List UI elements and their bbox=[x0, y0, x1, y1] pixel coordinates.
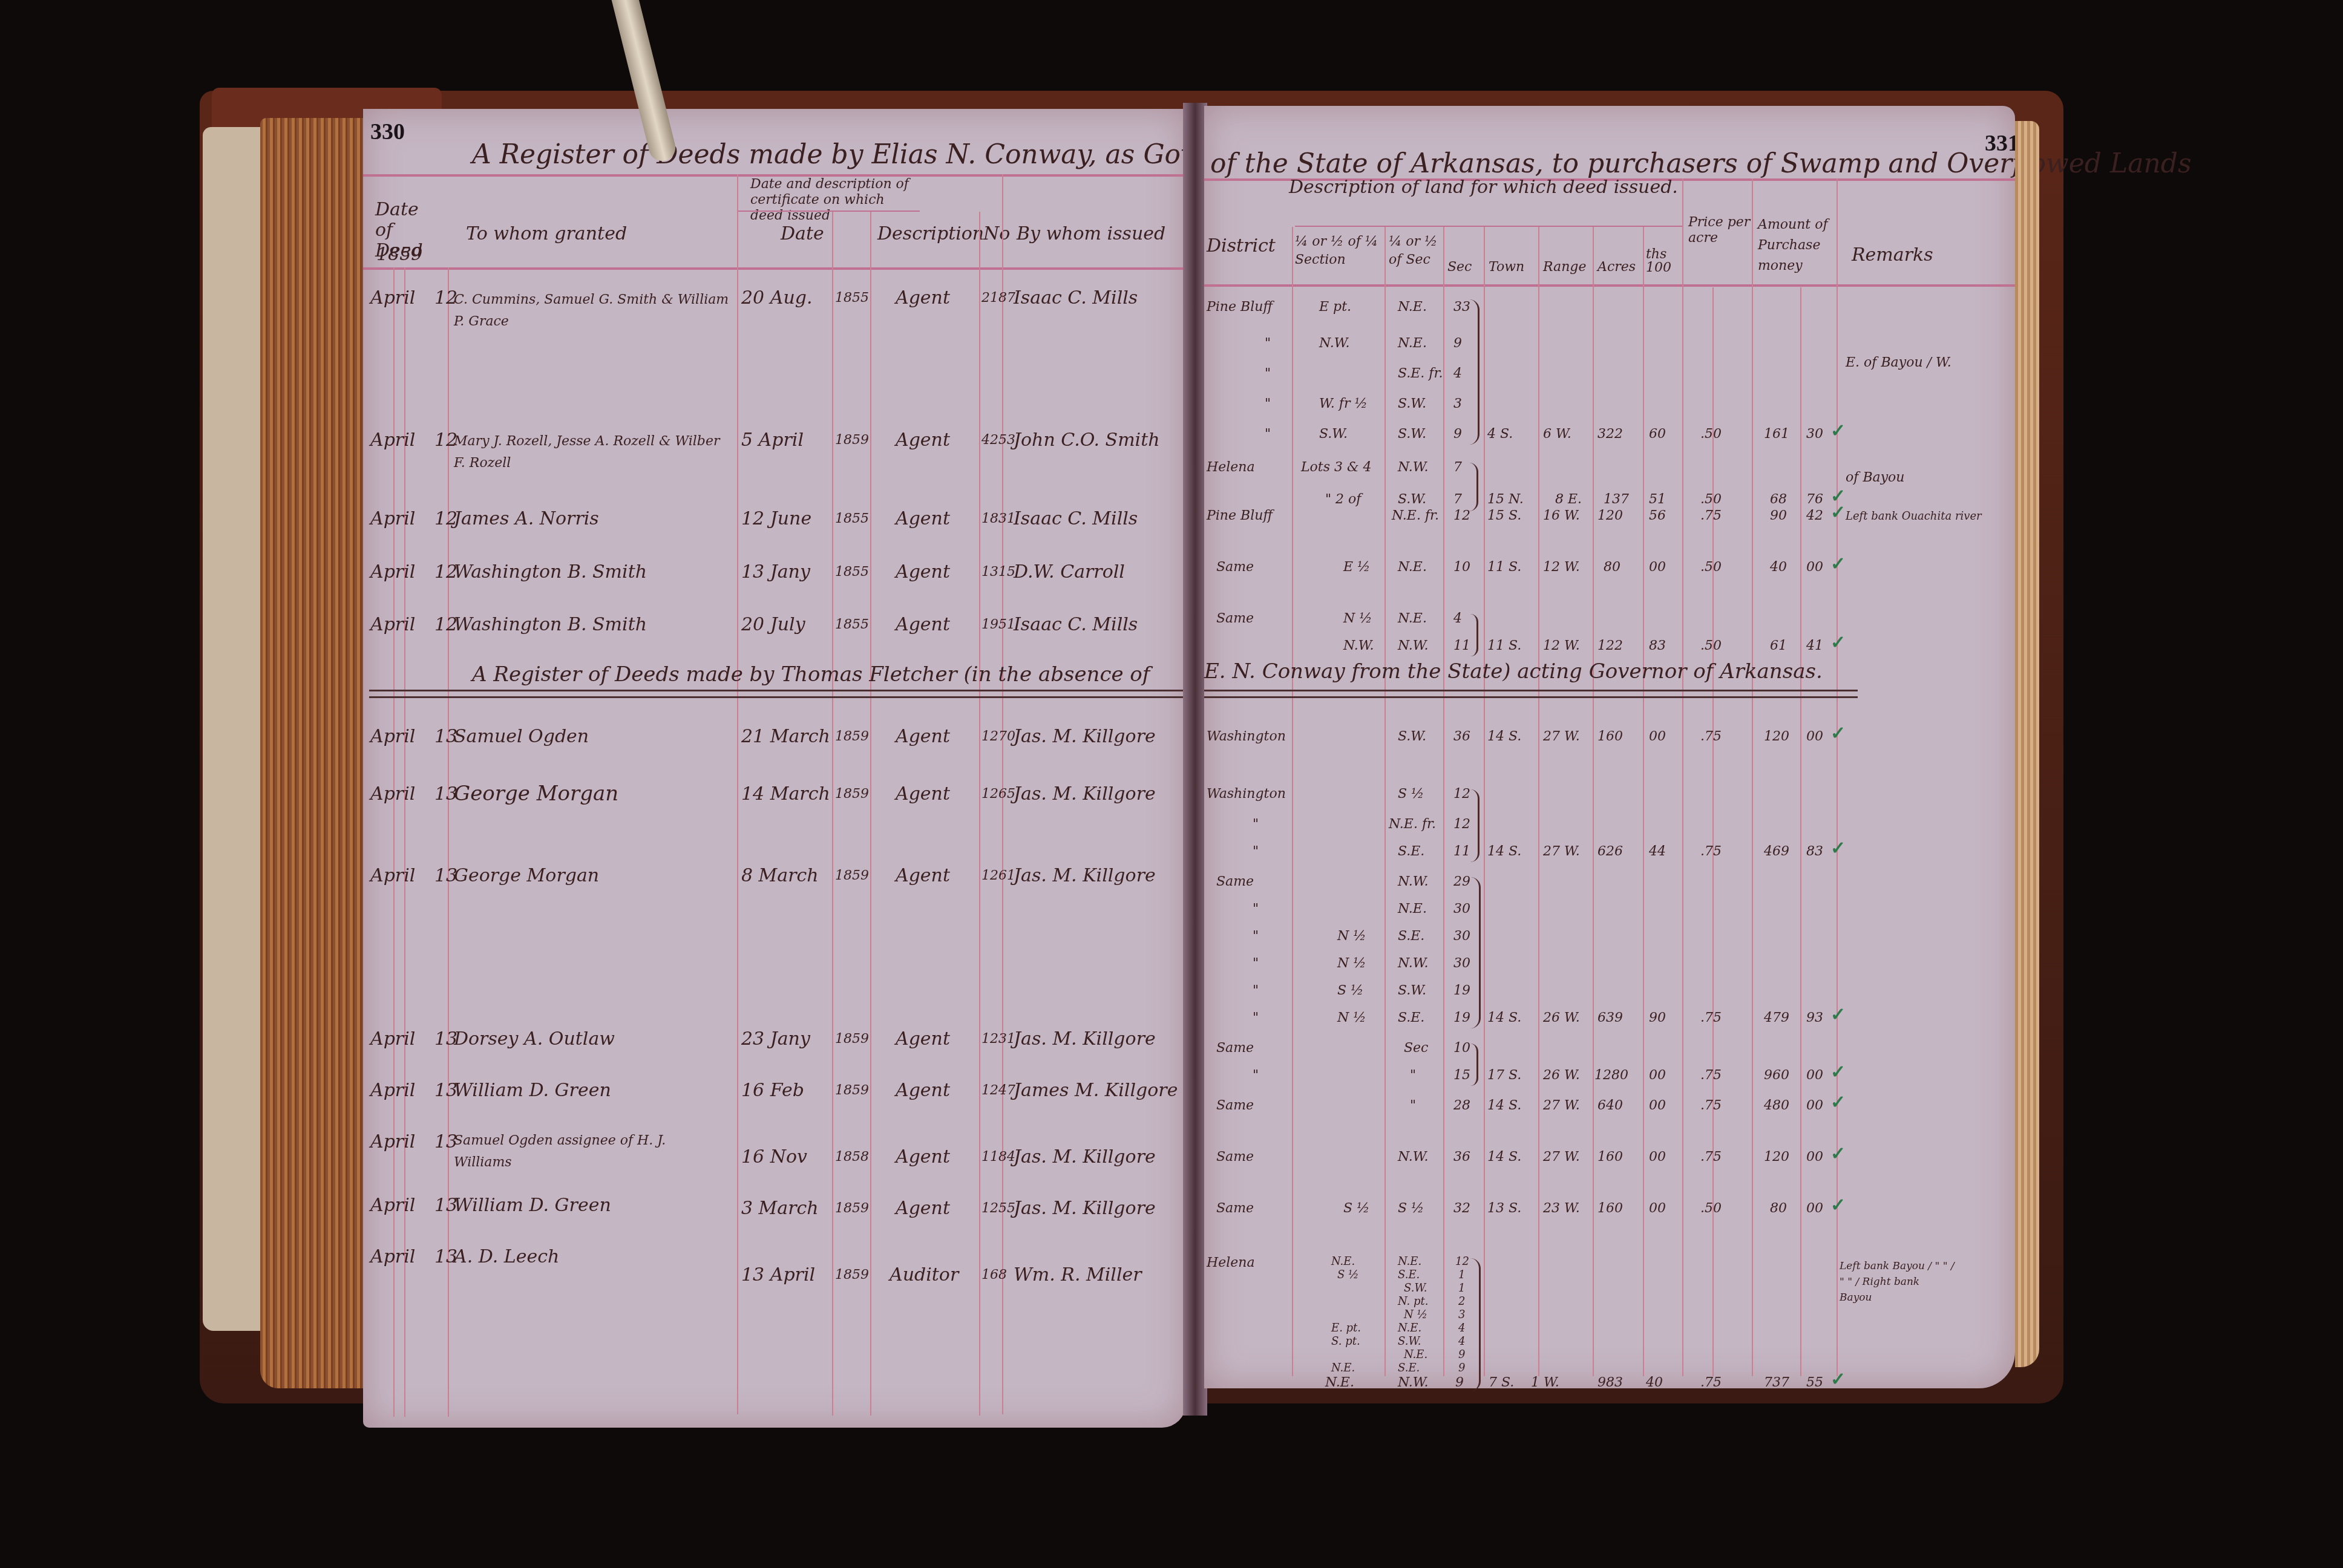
section: 19 bbox=[1453, 1010, 1470, 1025]
amount-dollars: 120 bbox=[1764, 729, 1789, 744]
district: Pine Bluff bbox=[1207, 299, 1273, 315]
section: 4 bbox=[1458, 1335, 1465, 1348]
right-page-block-edge bbox=[2015, 121, 2039, 1367]
col-rule bbox=[1800, 287, 1801, 1376]
range: 27 W. bbox=[1543, 729, 1580, 744]
district: " bbox=[1253, 844, 1259, 859]
quarter-of-sec: N.E. bbox=[1398, 901, 1427, 916]
acres: 640 bbox=[1597, 1098, 1623, 1113]
col-rule bbox=[1292, 227, 1293, 1376]
quarter-section: S.W. bbox=[1319, 426, 1348, 442]
cert-description: Agent bbox=[896, 614, 950, 635]
col-rule bbox=[832, 212, 833, 1416]
header-quarter-section: ¼ or ½ of ¼ Section bbox=[1295, 233, 1386, 269]
issued-by: Jas. M. Killgore bbox=[1014, 726, 1156, 747]
quarter-section: E ½ bbox=[1343, 560, 1370, 575]
quarter-section: N.W. bbox=[1319, 336, 1350, 351]
quarter-section: E. pt. bbox=[1331, 1322, 1361, 1334]
quarter-of-sec: S.E. bbox=[1398, 1362, 1420, 1374]
grantee: Washington B. Smith bbox=[454, 614, 647, 635]
deed-month: April bbox=[370, 1131, 415, 1152]
township: 4 S. bbox=[1487, 426, 1513, 442]
cert-description: Agent bbox=[896, 561, 950, 583]
brace bbox=[1470, 1258, 1481, 1391]
section: 2 bbox=[1458, 1295, 1465, 1308]
quarter-of-sec: N.E. bbox=[1404, 1348, 1427, 1361]
deed-month: April bbox=[370, 1028, 415, 1050]
cert-number: 1315 bbox=[981, 564, 1015, 580]
acres-hundredths: 00 bbox=[1649, 1098, 1666, 1113]
quarter-of-sec: N.W. bbox=[1398, 1149, 1429, 1165]
grantee: Mary J. Rozell, Jesse A. Rozell & Wilber… bbox=[454, 431, 732, 474]
section: 10 bbox=[1453, 1040, 1470, 1056]
amount-cents: 41 bbox=[1806, 638, 1823, 653]
flyleaf bbox=[203, 127, 263, 1331]
amount-dollars: 479 bbox=[1764, 1010, 1789, 1025]
cert-year: 1859 bbox=[835, 1201, 869, 1216]
cert-date: 3 March bbox=[741, 1198, 819, 1219]
price-per-acre: .50 bbox=[1700, 492, 1722, 507]
price-per-acre: .75 bbox=[1700, 1010, 1722, 1025]
amount-cents: 83 bbox=[1806, 844, 1823, 859]
grantee: A. D. Leech bbox=[454, 1246, 559, 1267]
grantee: Dorsey A. Outlaw bbox=[454, 1028, 615, 1050]
grantee: James A. Norris bbox=[454, 508, 599, 529]
district: Pine Bluff bbox=[1207, 508, 1273, 523]
issued-by: Jas. M. Killgore bbox=[1014, 783, 1156, 805]
district: " bbox=[1253, 983, 1259, 998]
issued-by: D.W. Carroll bbox=[1014, 561, 1125, 583]
township: 7 S. bbox=[1489, 1375, 1514, 1390]
deed-month: April bbox=[370, 430, 415, 451]
price-per-acre: .75 bbox=[1700, 729, 1722, 744]
amount-cents: 00 bbox=[1806, 560, 1823, 575]
range: 27 W. bbox=[1543, 1149, 1580, 1165]
amount-cents: 76 bbox=[1806, 492, 1823, 507]
quarter-section: " 2 of bbox=[1325, 492, 1362, 507]
township: 17 S. bbox=[1487, 1068, 1521, 1083]
range: 8 E. bbox=[1555, 492, 1582, 507]
quarter-of-sec: " bbox=[1410, 1098, 1416, 1113]
cert-year: 1859 bbox=[835, 729, 869, 744]
amount-cents: 30 bbox=[1806, 426, 1823, 442]
township: 11 S. bbox=[1487, 560, 1521, 575]
cert-description: Agent bbox=[896, 783, 950, 805]
price-per-acre: .75 bbox=[1700, 508, 1722, 523]
quarter-section: E pt. bbox=[1319, 299, 1351, 315]
quarter-section: N.E. bbox=[1325, 1375, 1354, 1390]
col-rule bbox=[1682, 178, 1683, 1376]
acres: 639 bbox=[1597, 1010, 1623, 1025]
cert-year: 1859 bbox=[835, 433, 869, 448]
cert-number: 168 bbox=[981, 1267, 1007, 1282]
range: 12 W. bbox=[1543, 560, 1580, 575]
quarter-of-sec: S.W. bbox=[1398, 729, 1426, 744]
range: 6 W. bbox=[1543, 426, 1571, 442]
district: Same bbox=[1216, 611, 1254, 626]
township: 14 S. bbox=[1487, 1149, 1521, 1165]
amount-dollars: 90 bbox=[1770, 508, 1787, 523]
cert-description: Agent bbox=[896, 865, 950, 886]
amount-dollars: 68 bbox=[1770, 492, 1787, 507]
brace bbox=[1469, 299, 1480, 445]
cert-year: 1855 bbox=[835, 290, 869, 305]
quarter-section: N ½ bbox=[1337, 956, 1366, 971]
cert-number: 1831 bbox=[981, 511, 1015, 526]
col-rule bbox=[1752, 178, 1753, 1376]
section: 11 bbox=[1453, 638, 1470, 653]
certificate-subrule bbox=[738, 211, 920, 212]
header-remarks: Remarks bbox=[1852, 245, 1933, 266]
grantee: Washington B. Smith bbox=[454, 561, 647, 583]
acres-hundredths: 51 bbox=[1649, 492, 1666, 507]
acres: 983 bbox=[1597, 1375, 1623, 1390]
brace bbox=[1470, 877, 1481, 1028]
cert-date: 16 Nov bbox=[741, 1146, 807, 1168]
range: 1 W. bbox=[1531, 1375, 1559, 1390]
quarter-section: S ½ bbox=[1343, 1201, 1369, 1216]
range: 27 W. bbox=[1543, 844, 1580, 859]
district: " bbox=[1265, 426, 1271, 442]
range: 16 W. bbox=[1543, 508, 1580, 523]
quarter-of-sec: S.E. bbox=[1398, 1010, 1424, 1025]
cert-year: 1855 bbox=[835, 564, 869, 580]
section-title-fletcher-right: E. N. Conway from the State) acting Gove… bbox=[1204, 659, 1823, 684]
section: 9 bbox=[1458, 1348, 1465, 1361]
district: Same bbox=[1216, 1040, 1254, 1056]
section: 7 bbox=[1453, 460, 1462, 475]
section: 1 bbox=[1458, 1282, 1465, 1295]
check-icon: ✓ bbox=[1830, 1195, 1846, 1216]
cert-number: 1265 bbox=[981, 786, 1015, 802]
deed-month: April bbox=[370, 726, 415, 747]
deed-month: April bbox=[370, 783, 415, 805]
quarter-of-sec: S.E. bbox=[1398, 844, 1424, 859]
district: " bbox=[1265, 396, 1271, 411]
price-per-acre: .75 bbox=[1700, 1068, 1722, 1083]
district: Same bbox=[1216, 1098, 1254, 1113]
amount-dollars: 120 bbox=[1764, 1149, 1789, 1165]
section: 3 bbox=[1458, 1308, 1465, 1321]
section: 11 bbox=[1453, 844, 1470, 859]
cert-number: 1231 bbox=[981, 1031, 1015, 1047]
acres: 1280 bbox=[1594, 1068, 1628, 1083]
quarter-of-sec: N.E. fr. bbox=[1392, 508, 1439, 523]
district: " bbox=[1253, 1010, 1259, 1025]
cert-year: 1859 bbox=[835, 1267, 869, 1282]
cert-date: 8 March bbox=[741, 865, 819, 886]
cert-number: 2187 bbox=[981, 290, 1015, 305]
header-to-whom-granted: To whom granted bbox=[466, 224, 627, 244]
col-rule bbox=[1593, 227, 1594, 1376]
cert-number: 1255 bbox=[981, 1201, 1015, 1216]
quarter-section: S ½ bbox=[1337, 1269, 1359, 1281]
col-rule bbox=[870, 212, 871, 1416]
header-bottom-rule bbox=[1204, 284, 2015, 287]
header-by-whom-issued: By whom issued bbox=[1017, 224, 1165, 244]
check-icon: ✓ bbox=[1830, 554, 1846, 575]
section: 32 bbox=[1453, 1201, 1470, 1216]
amount-dollars: 61 bbox=[1770, 638, 1787, 653]
section: 33 bbox=[1453, 299, 1470, 315]
check-icon: ✓ bbox=[1830, 632, 1846, 653]
check-icon: ✓ bbox=[1830, 1062, 1846, 1083]
cert-year: 1859 bbox=[835, 786, 869, 802]
col-rule bbox=[1484, 227, 1485, 1376]
check-icon: ✓ bbox=[1830, 723, 1846, 744]
header-range: Range bbox=[1543, 257, 1586, 278]
deed-month: April bbox=[370, 287, 415, 309]
section: 12 bbox=[1455, 1255, 1469, 1268]
section: 7 bbox=[1453, 492, 1462, 507]
quarter-of-sec: S.W. bbox=[1398, 426, 1426, 442]
district: " bbox=[1253, 1068, 1259, 1083]
cert-year: 1855 bbox=[835, 511, 869, 526]
deed-month: April bbox=[370, 1195, 415, 1216]
col-rule bbox=[1384, 227, 1386, 1376]
amount-dollars: 960 bbox=[1764, 1068, 1789, 1083]
deed-month: April bbox=[370, 614, 415, 635]
section: 3 bbox=[1453, 396, 1462, 411]
header-acres: Acres bbox=[1597, 257, 1636, 278]
cert-date: 12 June bbox=[741, 508, 811, 529]
col-rule bbox=[1538, 227, 1539, 1376]
district: " bbox=[1253, 929, 1259, 944]
acres-hundredths: 00 bbox=[1649, 1149, 1666, 1165]
district: Helena bbox=[1207, 1255, 1255, 1270]
acres: 160 bbox=[1597, 1201, 1623, 1216]
cert-number: 4253 bbox=[981, 433, 1015, 448]
land-description-header: Description of land for which deed issue… bbox=[1289, 177, 1678, 198]
issued-by: Jas. M. Killgore bbox=[1014, 1028, 1156, 1050]
section-title-fletcher-left: A Register of Deeds made by Thomas Fletc… bbox=[472, 662, 1150, 687]
cert-date: 23 Jany bbox=[741, 1028, 810, 1050]
cert-year: 1859 bbox=[835, 1083, 869, 1098]
deed-month: April bbox=[370, 865, 415, 886]
acres: 160 bbox=[1597, 729, 1623, 744]
grantee: Samuel Ogden assignee of H. J. Williams bbox=[454, 1130, 726, 1174]
amount-dollars: 80 bbox=[1770, 1201, 1787, 1216]
price-per-acre: .75 bbox=[1700, 1149, 1722, 1165]
quarter-section: Lots 3 & 4 bbox=[1301, 460, 1372, 475]
acres-hundredths: 56 bbox=[1649, 508, 1666, 523]
cert-description: Auditor bbox=[890, 1264, 958, 1285]
acres: 80 bbox=[1604, 560, 1620, 575]
section: 36 bbox=[1453, 729, 1470, 744]
quarter-of-sec: S.W. bbox=[1398, 983, 1426, 998]
amount-cents: 00 bbox=[1806, 1201, 1823, 1216]
district: Same bbox=[1216, 560, 1254, 575]
amount-cents: 00 bbox=[1806, 1098, 1823, 1113]
brace bbox=[1469, 463, 1478, 511]
amount-cents: 00 bbox=[1806, 1068, 1823, 1083]
check-icon: ✓ bbox=[1830, 1369, 1846, 1390]
quarter-of-sec: S.E. bbox=[1398, 929, 1424, 944]
township: 14 S. bbox=[1487, 844, 1521, 859]
range: 23 W. bbox=[1543, 1201, 1580, 1216]
remark: Left bank Ouachita river bbox=[1846, 510, 1982, 523]
section: 28 bbox=[1453, 1098, 1470, 1113]
cert-year: 1855 bbox=[835, 617, 869, 632]
section: 36 bbox=[1453, 1149, 1470, 1165]
quarter-of-sec: S.W. bbox=[1398, 1335, 1421, 1348]
acres-hundredths: 44 bbox=[1649, 844, 1666, 859]
section: 29 bbox=[1453, 874, 1470, 889]
quarter-of-sec: N.E. bbox=[1398, 299, 1427, 315]
grantee: William D. Green bbox=[454, 1080, 611, 1101]
remark: Left bank Bayou / " " / " " / Right bank… bbox=[1840, 1258, 1955, 1305]
quarter-of-sec: N.E. bbox=[1398, 336, 1427, 351]
cert-description: Agent bbox=[896, 1028, 950, 1050]
issued-by: Isaac C. Mills bbox=[1014, 614, 1138, 635]
cert-description: Agent bbox=[896, 1146, 950, 1168]
check-icon: ✓ bbox=[1830, 838, 1846, 859]
register-title-left: A Register of Deeds made by Elias N. Con… bbox=[472, 139, 1270, 170]
acres: 322 bbox=[1597, 426, 1623, 442]
cert-date: 13 Jany bbox=[741, 561, 810, 583]
cert-year: 1859 bbox=[835, 868, 869, 883]
header-cert-date: Date bbox=[781, 224, 824, 244]
township: 15 N. bbox=[1487, 492, 1524, 507]
header-quarter-of-sec: ¼ or ½ of Sec bbox=[1389, 233, 1443, 269]
price-per-acre: .50 bbox=[1700, 638, 1722, 653]
issued-by: Jas. M. Killgore bbox=[1014, 865, 1156, 886]
section: 9 bbox=[1453, 336, 1462, 351]
section: 10 bbox=[1453, 560, 1470, 575]
price-per-acre: .50 bbox=[1700, 426, 1722, 442]
district: Same bbox=[1216, 874, 1254, 889]
quarter-of-sec: N.E. bbox=[1398, 560, 1427, 575]
acres: 626 bbox=[1597, 844, 1623, 859]
quarter-section: N.W. bbox=[1343, 638, 1374, 653]
range: 12 W. bbox=[1543, 638, 1580, 653]
header-year: 1859 bbox=[376, 244, 422, 265]
section: 12 bbox=[1453, 786, 1470, 802]
quarter-of-sec: " bbox=[1410, 1068, 1416, 1083]
check-icon: ✓ bbox=[1830, 1092, 1846, 1113]
cert-number: 1261 bbox=[981, 868, 1015, 883]
deed-month: April bbox=[370, 1080, 415, 1101]
section: 12 bbox=[1453, 817, 1470, 832]
section: 9 bbox=[1455, 1375, 1464, 1390]
brace bbox=[1470, 1044, 1478, 1086]
acres-hundredths: 60 bbox=[1649, 426, 1666, 442]
township: 14 S. bbox=[1487, 1010, 1521, 1025]
cert-date: 5 April bbox=[741, 430, 804, 451]
col-rule bbox=[979, 212, 980, 1416]
acres: 120 bbox=[1597, 508, 1623, 523]
col-rule bbox=[737, 174, 738, 1414]
range: 26 W. bbox=[1543, 1068, 1580, 1083]
section-double-rule bbox=[1204, 690, 1858, 698]
district: " bbox=[1265, 336, 1271, 351]
cert-number: 1951 bbox=[981, 617, 1015, 632]
quarter-of-sec: N.W. bbox=[1398, 874, 1429, 889]
amount-cents: 93 bbox=[1806, 1010, 1823, 1025]
quarter-section: W. fr ½ bbox=[1319, 396, 1368, 411]
grantee: C. Cummins, Samuel G. Smith & William P.… bbox=[454, 289, 732, 333]
amount-cents: 42 bbox=[1806, 508, 1823, 523]
price-per-acre: .75 bbox=[1700, 1375, 1722, 1390]
township: 11 S. bbox=[1487, 638, 1521, 653]
deed-month: April bbox=[370, 508, 415, 529]
header-hundredths: ths 100 bbox=[1646, 248, 1676, 275]
quarter-of-sec: N.E. bbox=[1398, 611, 1427, 626]
header-sec: Sec bbox=[1447, 257, 1472, 278]
acres: 122 bbox=[1597, 638, 1623, 653]
issued-by: James M. Killgore bbox=[1014, 1080, 1178, 1101]
page-block-edge bbox=[260, 118, 363, 1388]
district: Same bbox=[1216, 1201, 1254, 1216]
quarter-of-sec: S ½ bbox=[1398, 1201, 1424, 1216]
quarter-section: N.E. bbox=[1331, 1255, 1355, 1268]
cert-description: Agent bbox=[896, 508, 950, 529]
section: 15 bbox=[1453, 1068, 1470, 1083]
range: 27 W. bbox=[1543, 1098, 1580, 1113]
cert-date: 20 July bbox=[741, 614, 805, 635]
cert-date: 16 Feb bbox=[741, 1080, 804, 1101]
grantee: William D. Green bbox=[454, 1195, 611, 1216]
header-cert-description: Description bbox=[877, 224, 984, 244]
quarter-section: N.E. bbox=[1331, 1362, 1355, 1374]
cert-year: 1858 bbox=[835, 1149, 869, 1165]
issued-by: Isaac C. Mills bbox=[1014, 508, 1138, 529]
acres-hundredths: 40 bbox=[1646, 1375, 1663, 1390]
district: " bbox=[1265, 366, 1271, 381]
quarter-of-sec: S ½ bbox=[1398, 786, 1424, 802]
cert-number: 1270 bbox=[981, 729, 1015, 744]
range: 26 W. bbox=[1543, 1010, 1580, 1025]
cert-number: 1247 bbox=[981, 1083, 1015, 1098]
right-page: 331 of the State of Arkansas, to purchas… bbox=[1204, 106, 2015, 1388]
district: " bbox=[1253, 956, 1259, 971]
district: Washington bbox=[1207, 786, 1286, 802]
township: 14 S. bbox=[1487, 729, 1521, 744]
quarter-of-sec: N.W. bbox=[1398, 956, 1429, 971]
amount-cents: 00 bbox=[1806, 1149, 1823, 1165]
book-gutter bbox=[1183, 103, 1207, 1416]
district: Helena bbox=[1207, 460, 1255, 475]
grantee: George Morgan bbox=[454, 865, 599, 886]
amount-dollars: 40 bbox=[1770, 560, 1787, 575]
quarter-of-sec: S.E. bbox=[1398, 1269, 1420, 1281]
grantee: George Morgan bbox=[454, 782, 618, 806]
township: 15 S. bbox=[1487, 508, 1521, 523]
deed-month: April bbox=[370, 561, 415, 583]
acres-hundredths: 00 bbox=[1649, 729, 1666, 744]
check-icon: ✓ bbox=[1830, 420, 1846, 442]
quarter-of-sec: N.E. bbox=[1398, 1255, 1421, 1268]
quarter-of-sec: S.W. bbox=[1398, 492, 1426, 507]
price-per-acre: .75 bbox=[1700, 844, 1722, 859]
cert-description: Agent bbox=[896, 726, 950, 747]
brace bbox=[1470, 614, 1478, 656]
issued-by: Isaac C. Mills bbox=[1014, 287, 1138, 309]
acres-hundredths: 90 bbox=[1649, 1010, 1666, 1025]
cert-description: Agent bbox=[896, 430, 950, 451]
acres-hundredths: 00 bbox=[1649, 1201, 1666, 1216]
acres-hundredths: 00 bbox=[1649, 560, 1666, 575]
district: " bbox=[1253, 817, 1259, 832]
section: 12 bbox=[1453, 508, 1470, 523]
cert-number: 1184 bbox=[981, 1149, 1015, 1165]
district: Same bbox=[1216, 1149, 1254, 1165]
township: 14 S. bbox=[1487, 1098, 1521, 1113]
district: " bbox=[1253, 901, 1259, 916]
quarter-of-sec: N.W. bbox=[1398, 638, 1429, 653]
price-per-acre: .50 bbox=[1700, 560, 1722, 575]
section: 1 bbox=[1458, 1269, 1465, 1281]
